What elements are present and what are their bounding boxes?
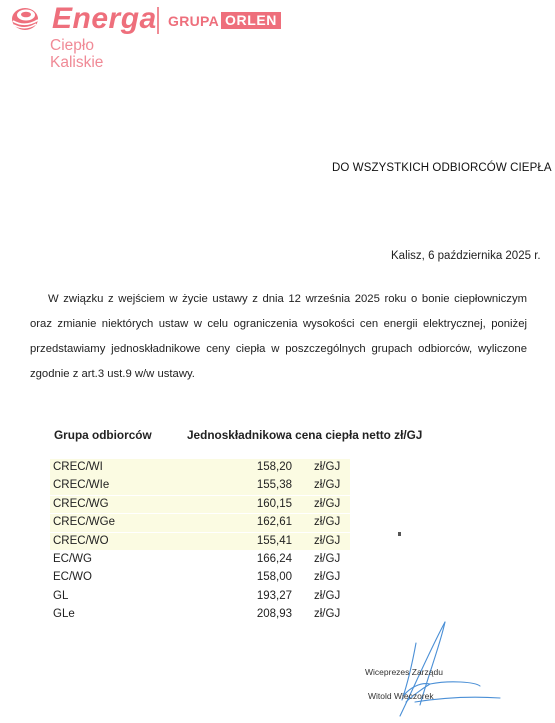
- price-value: 208,93: [257, 608, 292, 620]
- price-unit: zł/GJ: [314, 608, 340, 620]
- price-table: CREC/WI158,20zł/GJCREC/WIe155,38zł/GJCRE…: [50, 459, 350, 625]
- recipient-heading: DO WSZYSTKICH ODBIORCÓW CIEPŁA: [332, 162, 552, 174]
- customer-group: CREC/WIe: [53, 479, 109, 491]
- customer-group: EC/WO: [53, 571, 92, 583]
- price-unit: zł/GJ: [314, 590, 340, 602]
- price-unit: zł/GJ: [314, 479, 340, 491]
- price-value: 155,41: [257, 535, 292, 547]
- table-row: CREC/WI158,20zł/GJ: [50, 459, 350, 477]
- table-row: GL193,27zł/GJ: [50, 588, 350, 606]
- price-unit: zł/GJ: [314, 498, 340, 510]
- price-value: 158,00: [257, 571, 292, 583]
- column-header-price: Jednoskładnikowa cena ciepła netto zł/GJ: [187, 428, 422, 442]
- group-label: GRUPA: [168, 13, 219, 29]
- brand-name: Energa: [52, 2, 157, 36]
- price-unit: zł/GJ: [314, 535, 340, 547]
- signatory-title: Wiceprezes Zarządu: [365, 667, 443, 677]
- table-row: EC/WO158,00zł/GJ: [50, 569, 350, 587]
- table-row: CREC/WO155,41zł/GJ: [50, 533, 350, 551]
- price-unit: zł/GJ: [314, 516, 340, 528]
- table-row: CREC/WIe155,38zł/GJ: [50, 477, 350, 495]
- customer-group: CREC/WO: [53, 535, 109, 547]
- table-row: CREC/WGe162,61zł/GJ: [50, 514, 350, 532]
- orlen-brand: ORLEN: [221, 12, 281, 29]
- price-value: 158,20: [257, 461, 292, 473]
- customer-group: CREC/WGe: [53, 516, 115, 528]
- price-value: 162,61: [257, 516, 292, 528]
- price-value: 155,38: [257, 479, 292, 491]
- customer-group: CREC/WI: [53, 461, 103, 473]
- scan-artifact: [398, 532, 401, 536]
- signatory-name: Witold Wieczorek: [368, 691, 434, 701]
- price-unit: zł/GJ: [314, 553, 340, 565]
- price-unit: zł/GJ: [314, 571, 340, 583]
- brand-separator: [157, 7, 159, 34]
- subsidiary-name: Ciepło Kaliskie: [50, 37, 103, 71]
- column-header-group: Grupa odbiorców: [54, 428, 152, 442]
- signature-block: Wiceprezes Zarządu Witold Wieczorek: [360, 610, 555, 723]
- date-line: Kalisz, 6 października 2025 r.: [391, 250, 541, 262]
- customer-group: GLe: [53, 608, 75, 620]
- customer-group: EC/WG: [53, 553, 92, 565]
- table-row: CREC/WG160,15zł/GJ: [50, 496, 350, 514]
- table-row: EC/WG166,24zł/GJ: [50, 551, 350, 569]
- customer-group: GL: [53, 590, 68, 602]
- table-row: GLe208,93zł/GJ: [50, 606, 350, 624]
- price-unit: zł/GJ: [314, 461, 340, 473]
- customer-group: CREC/WG: [53, 498, 109, 510]
- price-value: 166,24: [257, 553, 292, 565]
- price-value: 160,15: [257, 498, 292, 510]
- energa-swirl-icon: [10, 6, 40, 32]
- energa-logo: Energa GRUPA ORLEN Ciepło Kaliskie: [6, 2, 296, 72]
- price-value: 193,27: [257, 590, 292, 602]
- letter-body: W związku z wejściem w życie ustawy z dn…: [30, 287, 527, 387]
